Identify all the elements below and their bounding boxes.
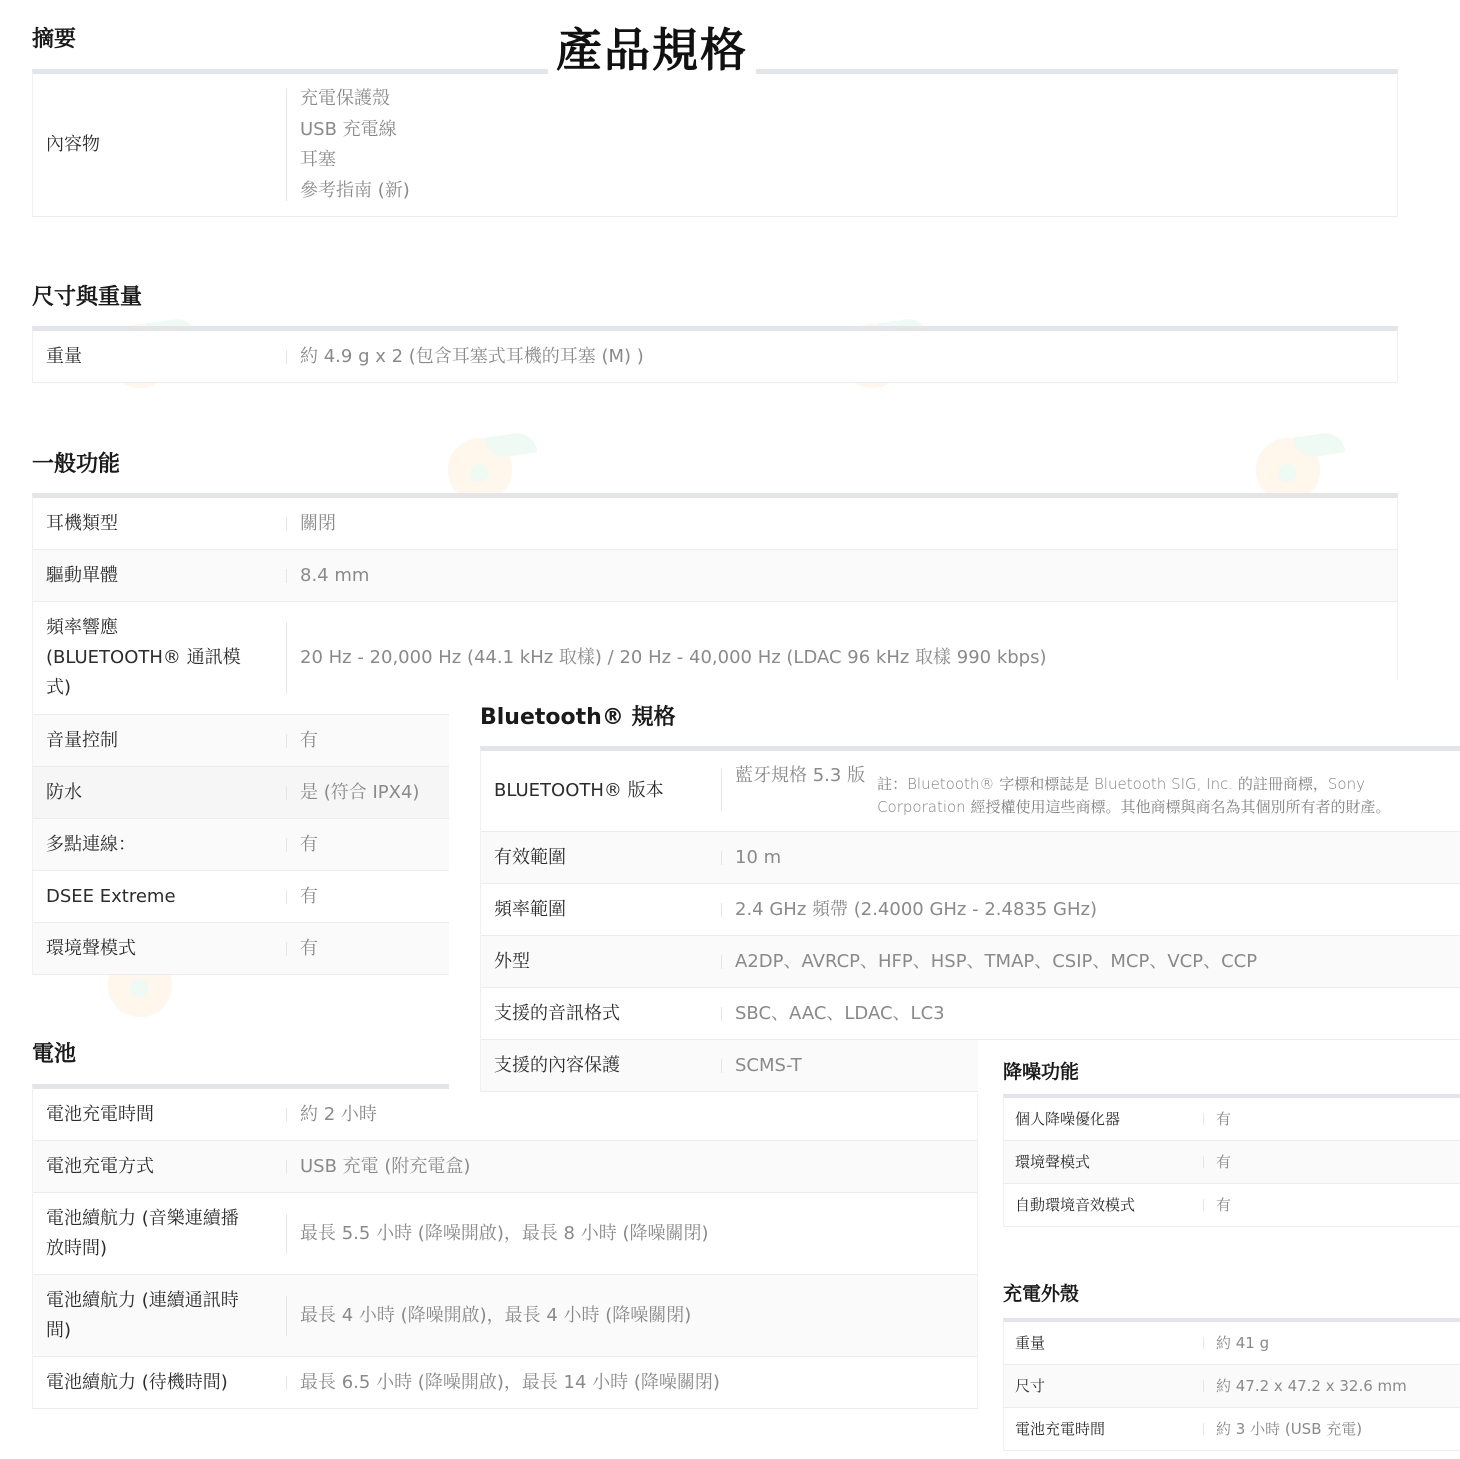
spec-table: 內容物 充電保護殼 USB 充電線 耳塞 參考指南 (新): [32, 69, 1398, 217]
spec-label: 頻率響應 (BLUETOOTH® 通訊模 式): [33, 613, 286, 703]
spec-row: 外型 A2DP、AVRCP、HFP、HSP、TMAP、CSIP、MCP、VCP、…: [481, 936, 1460, 988]
spec-label: 個人降噪優化器: [1004, 1104, 1203, 1134]
spec-value: 關閉: [287, 509, 336, 539]
spec-value: USB 充電 (附充電盒): [287, 1152, 470, 1182]
spec-row: 支援的音訊格式 SBC、AAC、LDAC、LC3: [481, 988, 1460, 1040]
spec-value: 約 41 g: [1204, 1328, 1269, 1358]
spec-label: 環境聲模式: [33, 934, 286, 964]
spec-label: 電池充電方式: [33, 1152, 286, 1182]
spec-value: 有: [287, 830, 318, 860]
spec-label-line: (BLUETOOTH® 通訊模: [46, 643, 286, 673]
spec-label-line: 電池續航力 (連續通訊時: [46, 1286, 286, 1316]
spec-row: 電池續航力 (連續通訊時 間) 最長 4 小時 (降噪開啟)，最長 4 小時 (…: [33, 1275, 977, 1357]
spec-label: DSEE Extreme: [33, 882, 286, 912]
spec-value: 有: [287, 726, 318, 756]
spec-row: 重量 約 41 g: [1004, 1322, 1460, 1365]
spec-value: 20 Hz - 20,000 Hz (44.1 kHz 取樣) / 20 Hz …: [287, 643, 1047, 673]
spec-label: 驅動單體: [33, 561, 286, 591]
spec-label-line: 頻率響應: [46, 613, 286, 643]
section-title: 降噪功能: [1003, 1055, 1460, 1089]
spec-row: 電池續航力 (待機時間) 最長 6.5 小時 (降噪開啟)，最長 14 小時 (…: [33, 1357, 977, 1409]
section-charging-case: 充電外殼 重量 約 41 g 尺寸 約 47.2 x 47.2 x 32.6 m…: [978, 1237, 1460, 1459]
spec-value: 參考指南 (新): [300, 176, 410, 207]
spec-label: 自動環境音效模式: [1004, 1190, 1203, 1220]
spec-row: 環境聲模式 有: [1004, 1141, 1460, 1184]
spec-label: 有效範圍: [481, 843, 721, 873]
spec-row: 重量 約 4.9 g x 2 (包含耳塞式耳機的耳塞 (M) ): [33, 331, 1397, 383]
spec-value: 約 2 小時: [287, 1100, 377, 1130]
spec-row: 個人降噪優化器 有: [1004, 1098, 1460, 1141]
spec-label: 重量: [33, 342, 286, 372]
spec-value: 最長 6.5 小時 (降噪開啟)，最長 14 小時 (降噪關閉): [287, 1368, 720, 1398]
spec-row: 電池充電時間 約 2 小時: [33, 1089, 977, 1141]
spec-value: 充電保護殼: [300, 84, 410, 115]
spec-label: 重量: [1004, 1328, 1203, 1358]
spec-value: SBC、AAC、LDAC、LC3: [722, 999, 945, 1029]
section-noise-cancelling: 降噪功能 個人降噪優化器 有 環境聲模式 有 自動環境音效模式 有: [978, 1042, 1460, 1237]
spec-value: 2.4 GHz 頻帶 (2.4000 GHz - 2.4835 GHz): [722, 895, 1097, 925]
spec-value: SCMS-T: [722, 1051, 802, 1081]
spec-value: 有: [1204, 1147, 1231, 1177]
spec-value: A2DP、AVRCP、HFP、HSP、TMAP、CSIP、MCP、VCP、CCP: [722, 947, 1257, 977]
spec-value: 有: [287, 882, 318, 912]
trademark-note-line: Corporation 經授權使用這些商標。其他商標與商名為其個別所有者的財產。: [877, 796, 1390, 819]
section-title: 尺寸與重量: [32, 278, 1398, 318]
spec-row: 電池充電時間 約 3 小時 (USB 充電): [1004, 1408, 1460, 1451]
spec-label: 防水: [33, 778, 286, 808]
spec-table: 個人降噪優化器 有 環境聲模式 有 自動環境音效模式 有: [1003, 1094, 1460, 1227]
spec-table: 重量 約 41 g 尺寸 約 47.2 x 47.2 x 32.6 mm 電池充…: [1003, 1318, 1460, 1451]
page-title: 產品規格: [548, 14, 756, 80]
spec-row: 有效範圍 10 m: [481, 832, 1460, 884]
spec-label: 電池續航力 (音樂連續播 放時間): [33, 1204, 286, 1264]
spec-row: 電池續航力 (音樂連續播 放時間) 最長 5.5 小時 (降噪開啟)，最長 8 …: [33, 1193, 977, 1275]
spec-label: 電池續航力 (待機時間): [33, 1368, 286, 1398]
section-bluetooth: Bluetooth® 規格 BLUETOOTH® 版本 藍牙規格 5.3 版 註…: [449, 680, 1460, 1094]
spec-label: 電池充電時間: [1004, 1414, 1203, 1444]
section-size-weight: 尺寸與重量 重量 約 4.9 g x 2 (包含耳塞式耳機的耳塞 (M) ): [32, 278, 1398, 383]
spec-value: 約 4.9 g x 2 (包含耳塞式耳機的耳塞 (M) ): [287, 342, 644, 372]
spec-label: 頻率範圍: [481, 895, 721, 925]
spec-value: 最長 5.5 小時 (降噪開啟)，最長 8 小時 (降噪關閉): [287, 1219, 709, 1249]
spec-table: 重量 約 4.9 g x 2 (包含耳塞式耳機的耳塞 (M) ): [32, 326, 1398, 383]
spec-label-line: 式): [46, 673, 286, 703]
spec-label: 支援的音訊格式: [481, 999, 721, 1029]
spec-label: 耳機類型: [33, 509, 286, 539]
spec-value: 8.4 mm: [287, 561, 369, 591]
spec-row: BLUETOOTH® 版本 藍牙規格 5.3 版 註：Bluetooth® 字標…: [481, 751, 1460, 832]
spec-label: 多點連線：: [33, 830, 286, 860]
spec-value: 是 (符合 IPX4): [287, 778, 419, 808]
spec-row: 頻率範圍 2.4 GHz 頻帶 (2.4000 GHz - 2.4835 GHz…: [481, 884, 1460, 936]
spec-value-list: 充電保護殼 USB 充電線 耳塞 參考指南 (新): [287, 84, 410, 206]
spec-label-line: 電池續航力 (音樂連續播: [46, 1204, 286, 1234]
spec-value: 最長 4 小時 (降噪開啟)，最長 4 小時 (降噪關閉): [287, 1301, 691, 1331]
trademark-note-line: 註：Bluetooth® 字標和標誌是 Bluetooth SIG, Inc. …: [877, 773, 1390, 796]
spec-value: 藍牙規格 5.3 版: [722, 761, 865, 791]
spec-row: 內容物 充電保護殼 USB 充電線 耳塞 參考指南 (新): [33, 74, 1397, 217]
spec-label: 支援的內容保護: [481, 1051, 721, 1081]
spec-table: 電池充電時間 約 2 小時 電池充電方式 USB 充電 (附充電盒) 電池續航力…: [32, 1084, 978, 1409]
spec-row: 耳機類型 關閉: [33, 498, 1397, 550]
spec-value: 耳塞: [300, 145, 410, 176]
spec-table: BLUETOOTH® 版本 藍牙規格 5.3 版 註：Bluetooth® 字標…: [480, 746, 1460, 1092]
spec-label: 尺寸: [1004, 1371, 1203, 1401]
spec-value: USB 充電線: [300, 115, 410, 146]
spec-label: 音量控制: [33, 726, 286, 756]
spec-label: 電池續航力 (連續通訊時 間): [33, 1286, 286, 1346]
spec-value: 有: [1204, 1190, 1231, 1220]
section-title: Bluetooth® 規格: [480, 698, 1460, 738]
spec-value: 10 m: [722, 843, 781, 873]
spec-value: 有: [1204, 1104, 1231, 1134]
spec-value: 約 47.2 x 47.2 x 32.6 mm: [1204, 1371, 1407, 1401]
section-title: 充電外殼: [1003, 1277, 1460, 1311]
spec-row: 支援的內容保護 SCMS-T: [481, 1040, 978, 1092]
spec-label: 外型: [481, 947, 721, 977]
spec-label-line: 間): [46, 1316, 286, 1346]
spec-value: 約 3 小時 (USB 充電): [1204, 1414, 1362, 1444]
spec-row: 尺寸 約 47.2 x 47.2 x 32.6 mm: [1004, 1365, 1460, 1408]
spec-label: BLUETOOTH® 版本: [481, 776, 721, 806]
spec-label-line: 放時間): [46, 1234, 286, 1264]
spec-row: 驅動單體 8.4 mm: [33, 550, 1397, 602]
spec-label: 環境聲模式: [1004, 1147, 1203, 1177]
spec-label: 電池充電時間: [33, 1100, 286, 1130]
spec-label: 內容物: [33, 130, 286, 160]
spec-row: 電池充電方式 USB 充電 (附充電盒): [33, 1141, 977, 1193]
spec-value: 有: [287, 934, 318, 964]
trademark-note: 註：Bluetooth® 字標和標誌是 Bluetooth SIG, Inc. …: [877, 773, 1390, 819]
spec-row: 自動環境音效模式 有: [1004, 1184, 1460, 1227]
section-title: 一般功能: [32, 445, 1398, 485]
